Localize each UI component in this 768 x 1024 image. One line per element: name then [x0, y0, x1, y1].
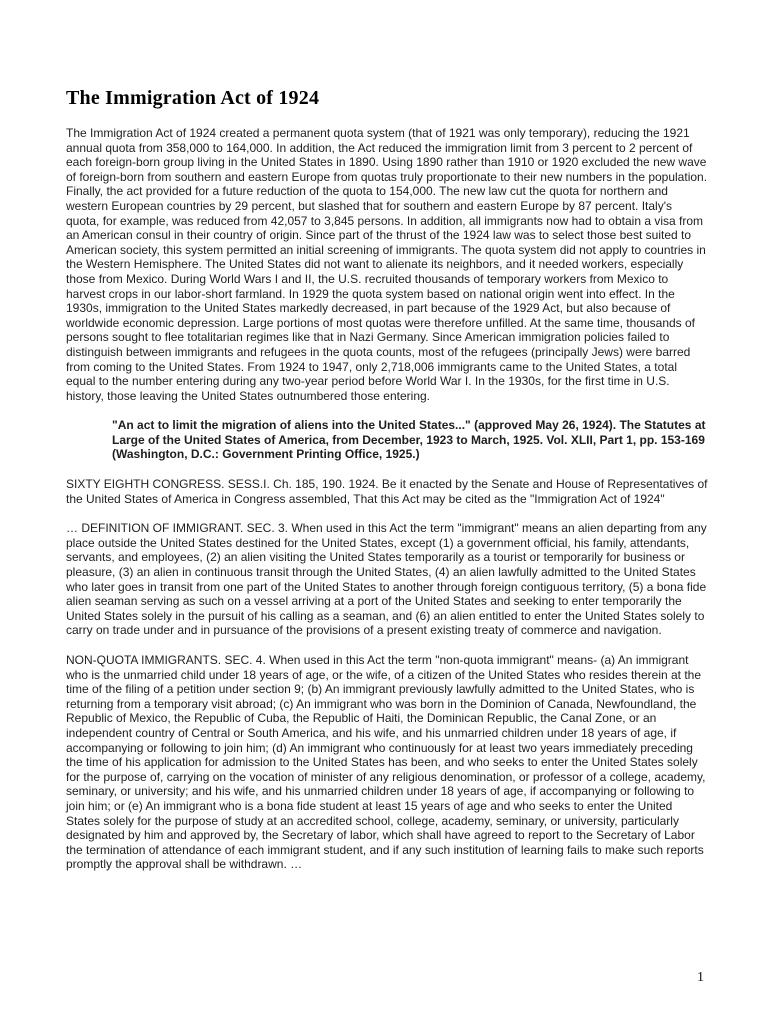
page-number: 1 — [697, 970, 704, 986]
non-quota-immigrants-paragraph: NON-QUOTA IMMIGRANTS. SEC. 4. When used … — [66, 653, 708, 872]
document-page: The Immigration Act of 1924 The Immigrat… — [0, 0, 768, 1024]
intro-paragraph: The Immigration Act of 1924 created a pe… — [66, 126, 708, 403]
page-title: The Immigration Act of 1924 — [66, 87, 708, 110]
document-content: The Immigration Act of 1924 The Immigrat… — [66, 87, 708, 887]
citation-block: "An act to limit the migration of aliens… — [112, 418, 708, 462]
definition-of-immigrant-paragraph: … DEFINITION OF IMMIGRANT. SEC. 3. When … — [66, 521, 708, 638]
congress-paragraph: SIXTY EIGHTH CONGRESS. SESS.I. Ch. 185, … — [66, 477, 708, 506]
